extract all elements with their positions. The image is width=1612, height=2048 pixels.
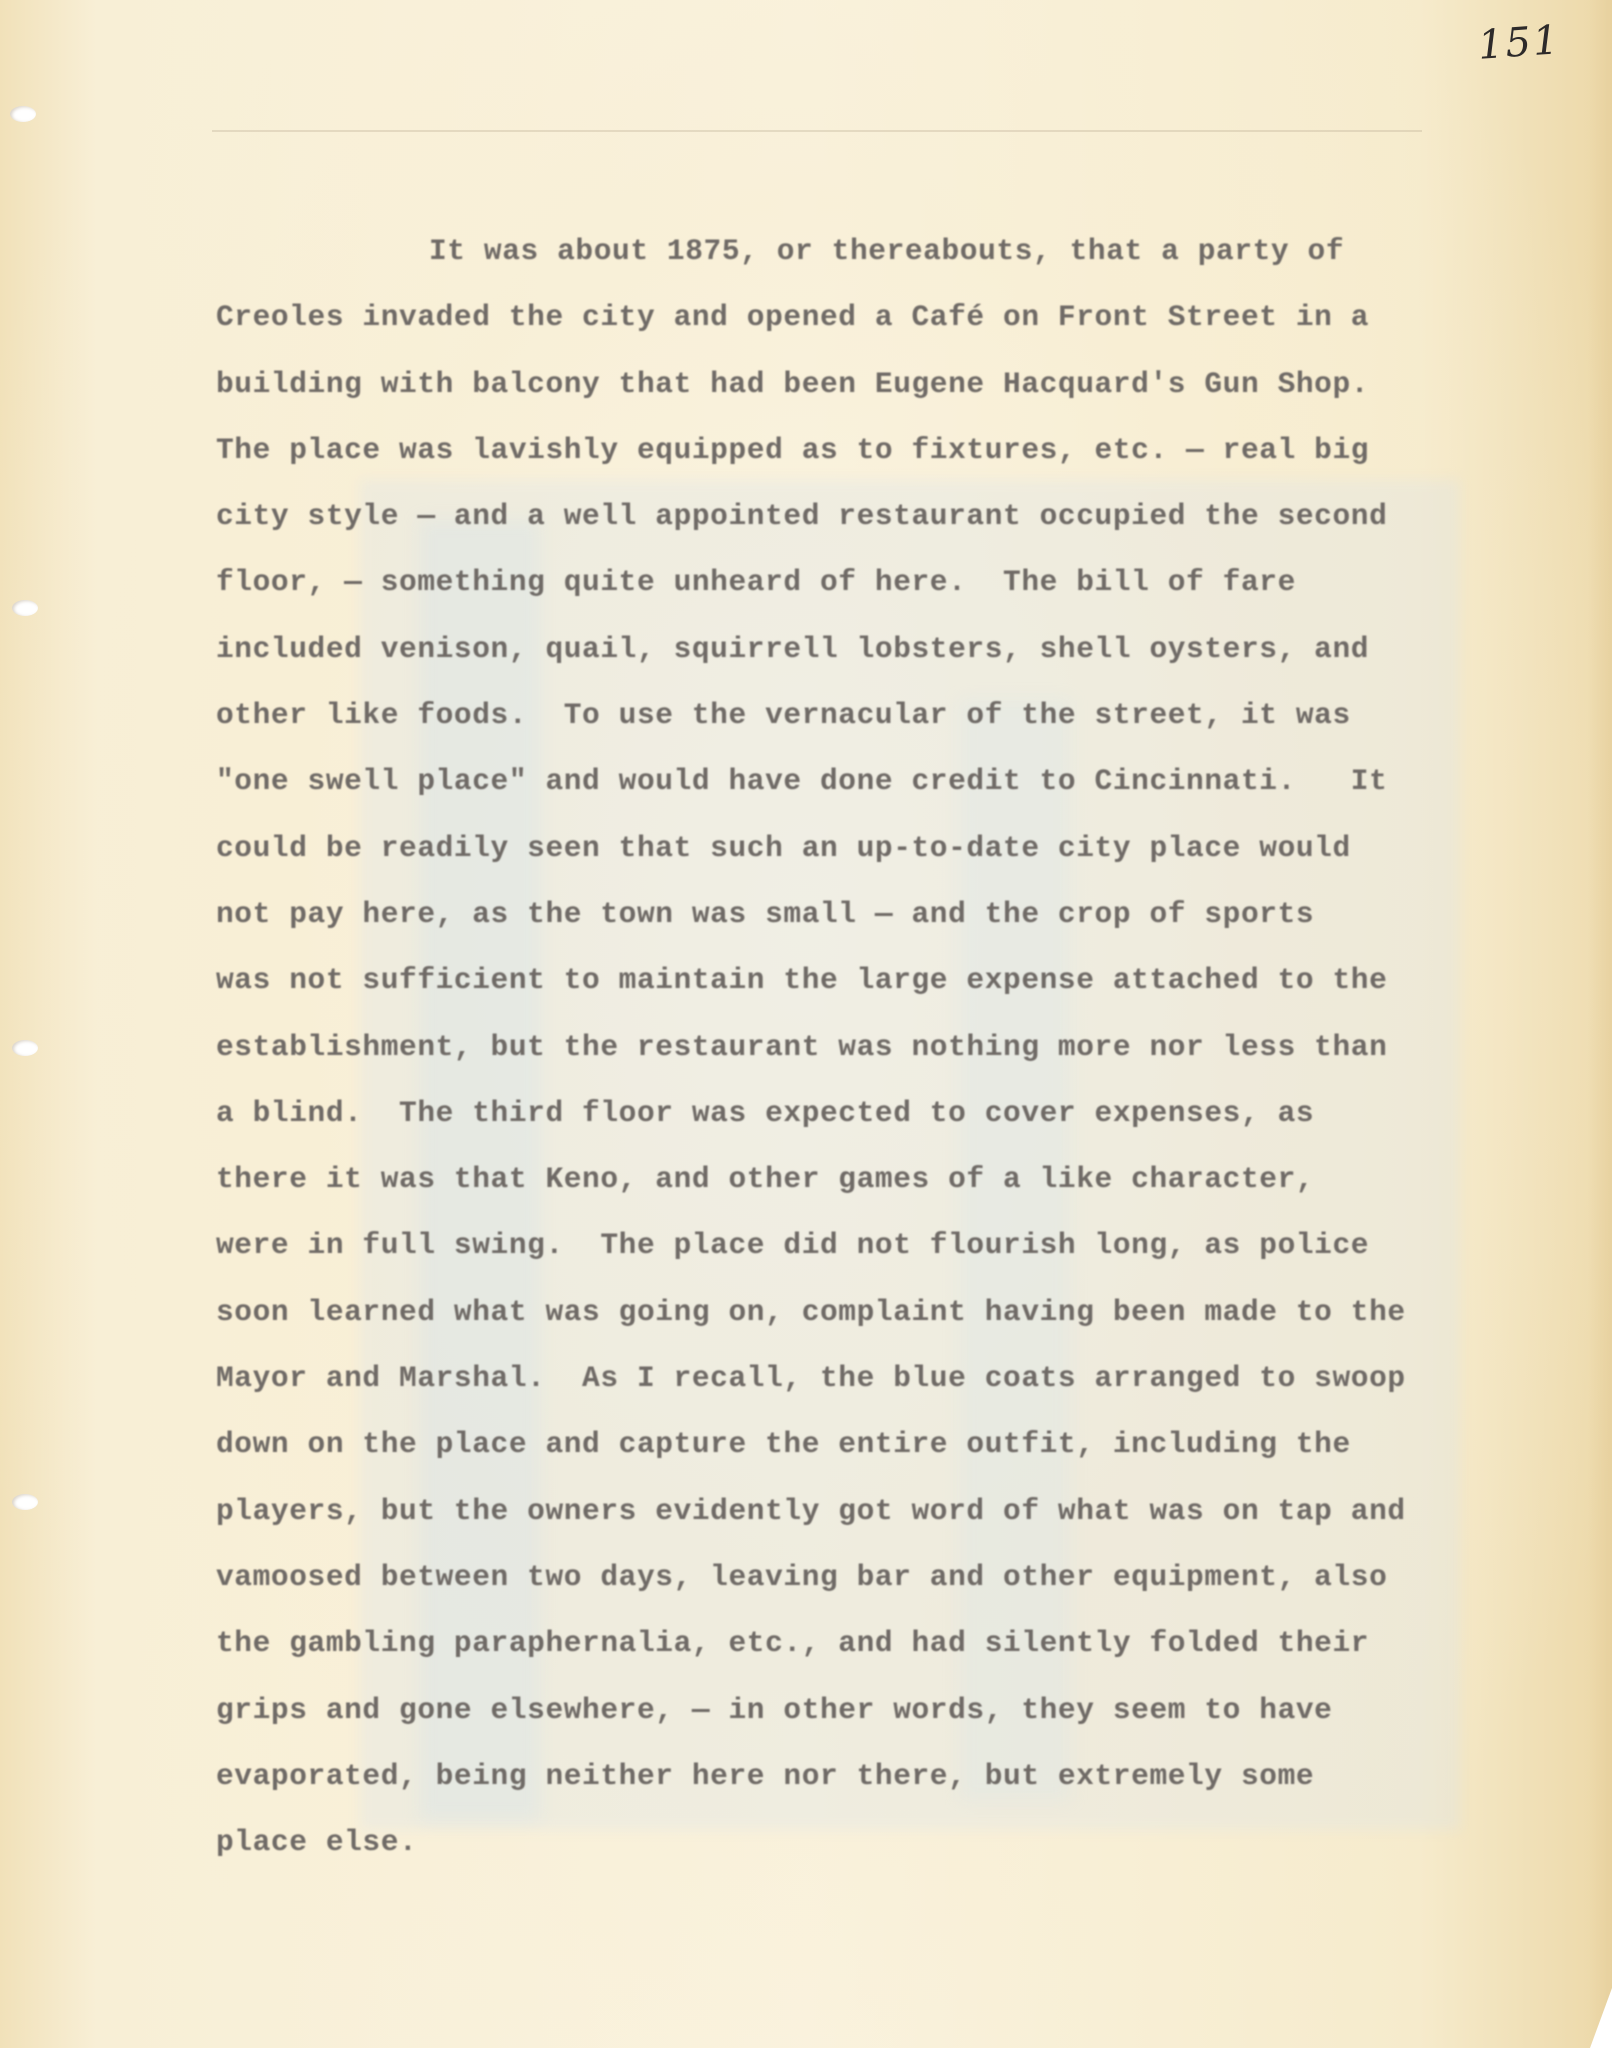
typed-paragraph: It was about 1875, or thereabouts, that …	[216, 218, 1536, 1875]
text-line: a blind. The third floor was expected to…	[216, 1080, 1536, 1146]
text-line: could be readily seen that such an up-to…	[216, 815, 1536, 881]
text-line: vamoosed between two days, leaving bar a…	[216, 1544, 1536, 1610]
punch-hole-icon	[12, 600, 38, 616]
text-line: there it was that Keno, and other games …	[216, 1146, 1536, 1212]
text-line: included venison, quail, squirrell lobst…	[216, 616, 1536, 682]
text-line: the gambling paraphernalia, etc., and ha…	[216, 1610, 1536, 1676]
text-line: were in full swing. The place did not fl…	[216, 1212, 1536, 1278]
torn-corner	[1590, 1988, 1612, 2048]
text-line: was not sufficient to maintain the large…	[216, 947, 1536, 1013]
text-line: The place was lavishly equipped as to fi…	[216, 417, 1536, 483]
punch-hole-icon	[12, 1494, 38, 1510]
text-line: floor, — something quite unheard of here…	[216, 549, 1536, 615]
text-line: Creoles invaded the city and opened a Ca…	[216, 284, 1536, 350]
faint-top-rule	[212, 130, 1422, 132]
handwritten-page-number: 151	[1476, 17, 1561, 69]
text-line: "one swell place" and would have done cr…	[216, 748, 1536, 814]
text-line: establishment, but the restaurant was no…	[216, 1014, 1536, 1080]
text-line: players, but the owners evidently got wo…	[216, 1478, 1536, 1544]
text-line: down on the place and capture the entire…	[216, 1411, 1536, 1477]
text-line: not pay here, as the town was small — an…	[216, 881, 1536, 947]
text-line: evaporated, being neither here nor there…	[216, 1743, 1536, 1809]
text-line: city style — and a well appointed restau…	[216, 483, 1536, 549]
page-edge-shadow	[1588, 0, 1612, 2048]
text-line: grips and gone elsewhere, — in other wor…	[216, 1677, 1536, 1743]
punch-hole-icon	[12, 1040, 38, 1056]
text-line: place else.	[216, 1809, 1536, 1875]
text-line: Mayor and Marshal. As I recall, the blue…	[216, 1345, 1536, 1411]
text-line: It was about 1875, or thereabouts, that …	[216, 218, 1536, 284]
text-line: other like foods. To use the vernacular …	[216, 682, 1536, 748]
text-line: soon learned what was going on, complain…	[216, 1279, 1536, 1345]
typewritten-page: 151 It was about 1875, or thereabouts, t…	[0, 0, 1612, 2048]
punch-hole-icon	[10, 106, 36, 122]
text-line: building with balcony that had been Euge…	[216, 351, 1536, 417]
